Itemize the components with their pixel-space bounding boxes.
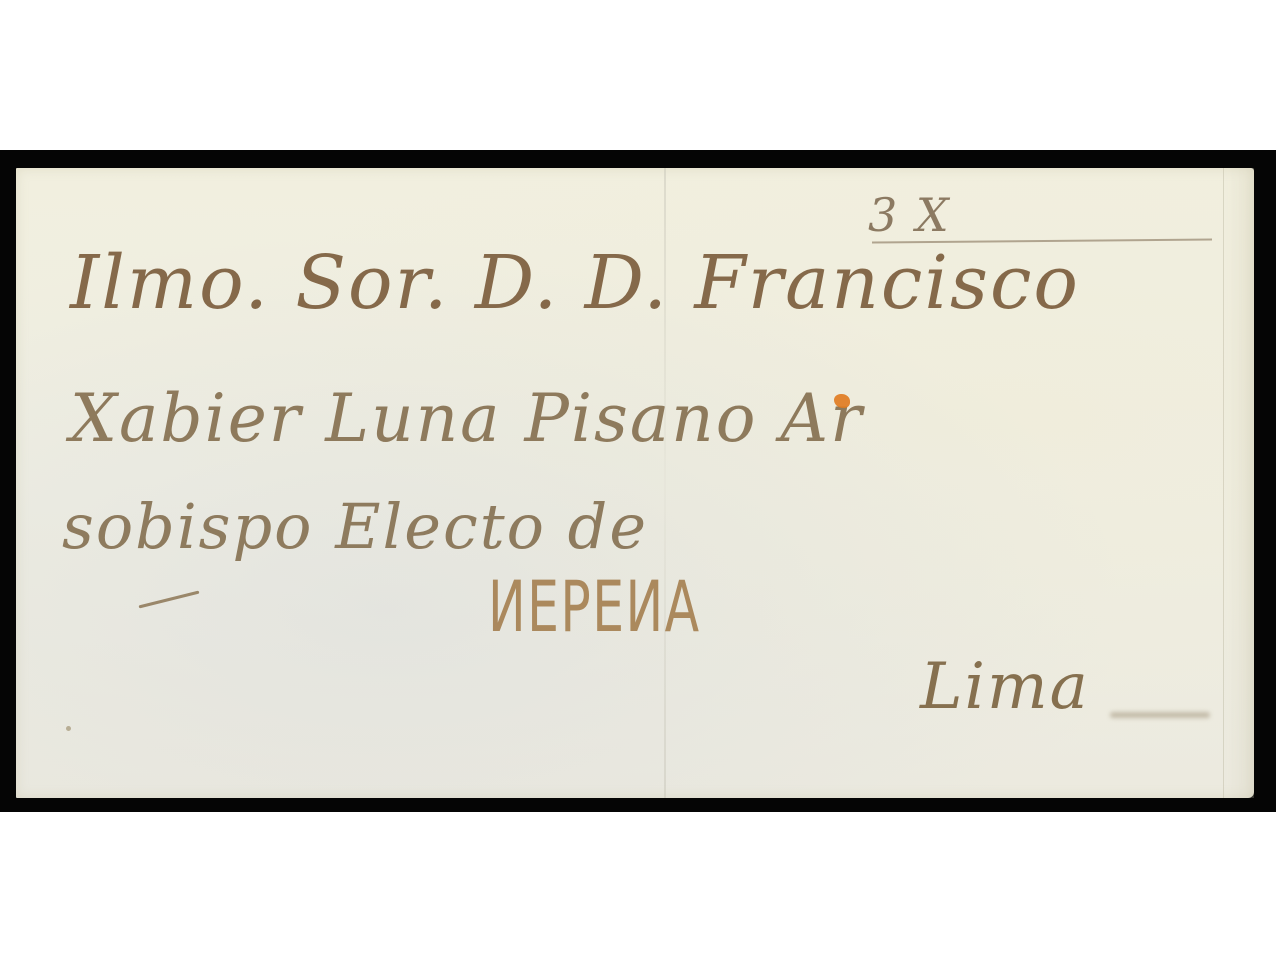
- destination-city: Lima: [920, 650, 1090, 724]
- paper-speck: [66, 726, 71, 731]
- ink-smudge: [1110, 712, 1210, 718]
- paper-flap: [1223, 168, 1254, 798]
- address-line-3: sobispo Electo de: [62, 490, 648, 563]
- rate-marking: 3 X: [868, 188, 951, 242]
- address-line-1: Ilmo. Sor. D. D. Francisco: [70, 240, 1080, 326]
- postmark-stamp: ИEPEИA: [488, 566, 701, 648]
- wax-seal-spot: [834, 394, 850, 408]
- address-line-2: Xabier Luna Pisano Ar: [70, 380, 864, 457]
